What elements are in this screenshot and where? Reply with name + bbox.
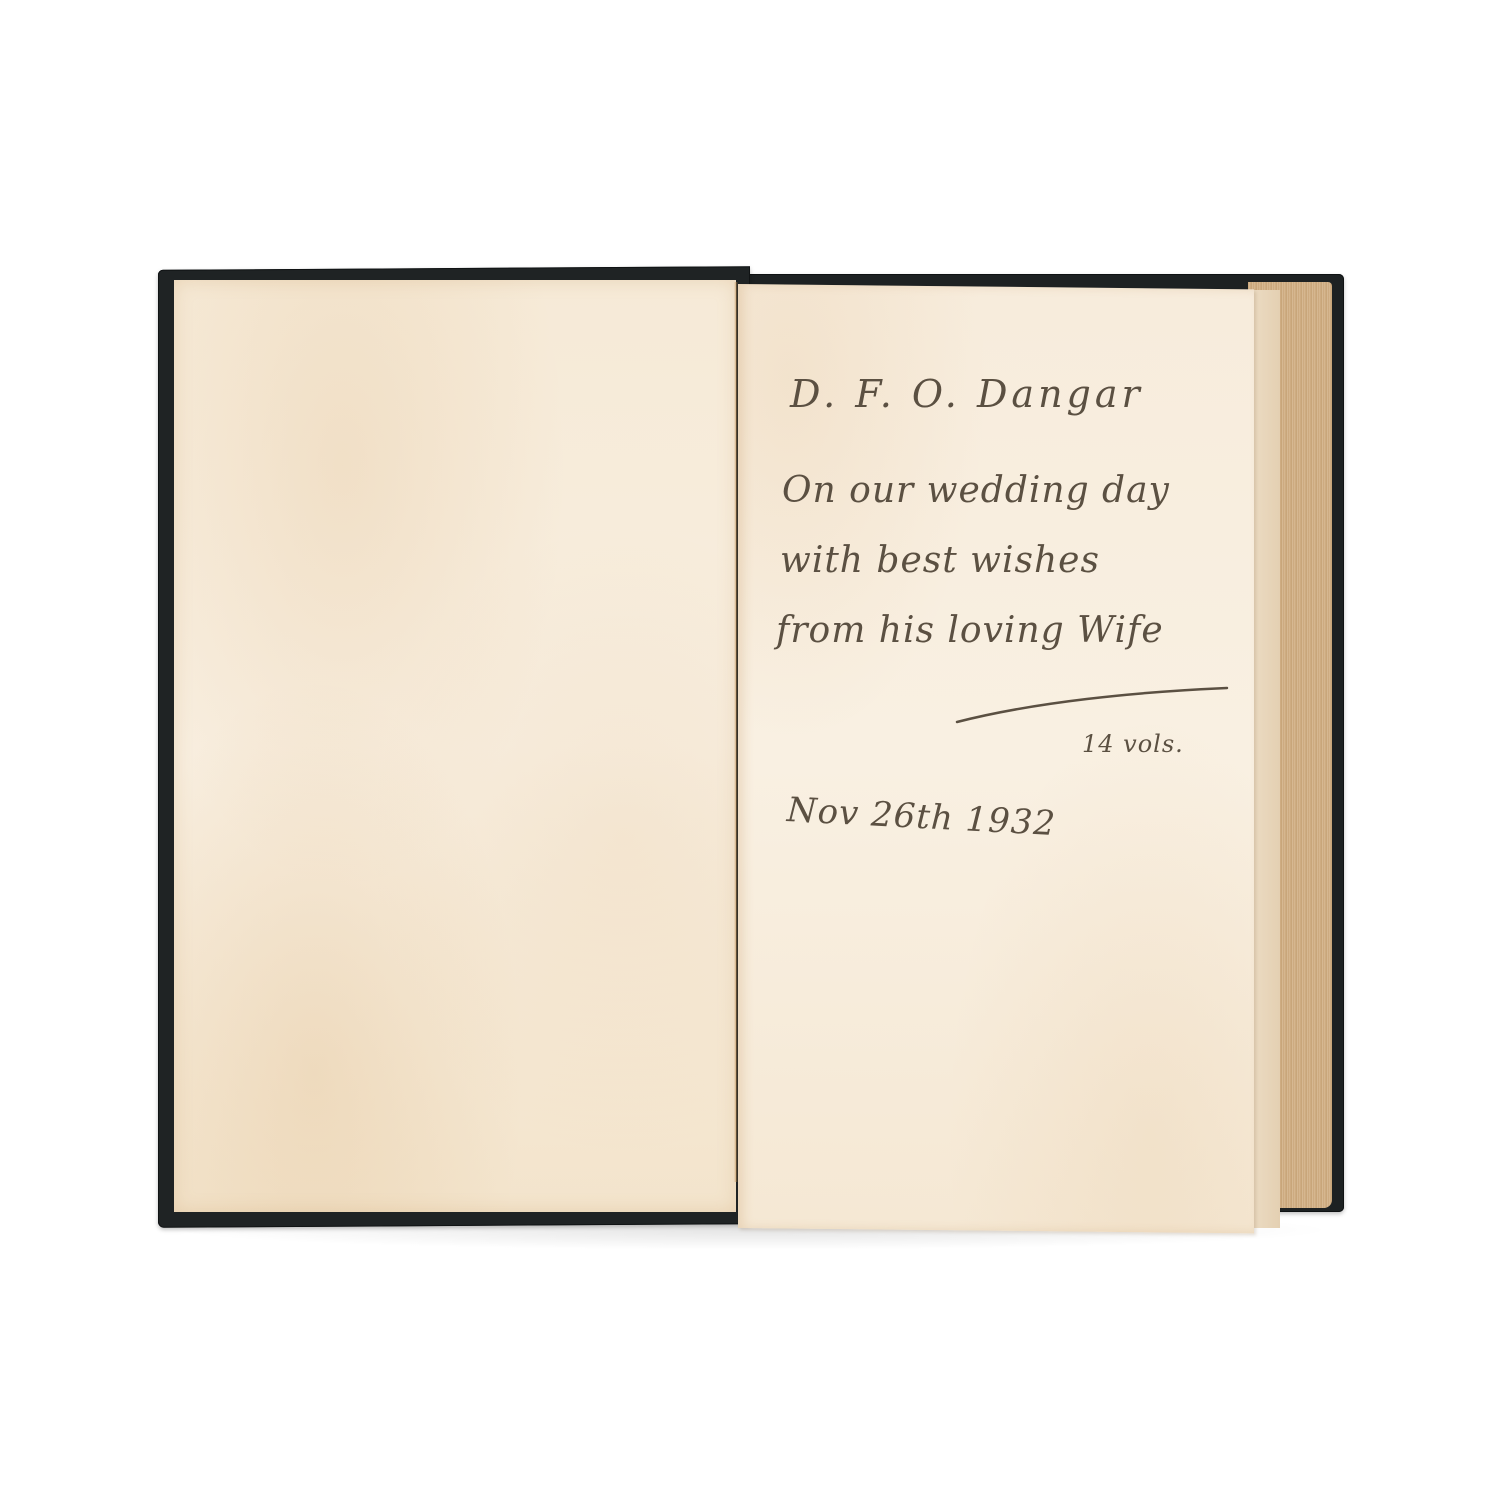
book-gutter [734,282,738,1182]
page-block-leaves [1250,290,1280,1228]
photo-scene: D. F. O. Dangar On our wedding day with … [0,0,1500,1500]
front-pastedown-endpaper [174,280,736,1212]
free-endpaper-page [738,284,1254,1233]
